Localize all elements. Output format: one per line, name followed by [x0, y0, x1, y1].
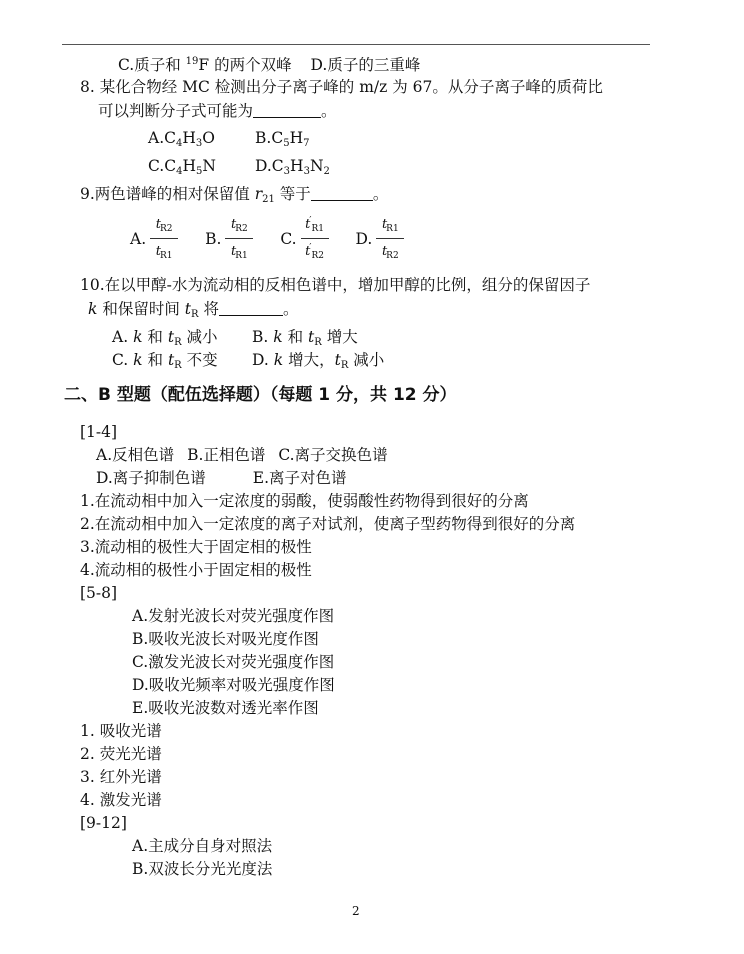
group2-item-4: 4. 激发光谱: [80, 790, 162, 810]
q8-d-sub: 2: [324, 166, 330, 177]
header-rule: [62, 44, 650, 45]
q8-stem-line2: 可以判断分子式可能为。: [98, 101, 337, 121]
group3-option-a: A.主成分自身对照法: [132, 836, 272, 856]
opt-k: k: [274, 351, 283, 369]
group2-option-e: E.吸收光波数对透光率作图: [132, 698, 319, 718]
q9-stem-text: 9.两色谱峰的相对保留值: [80, 185, 255, 203]
q9-stem: 9.两色谱峰的相对保留值 r21 等于。: [80, 184, 388, 210]
q10-text: 和保留时间: [97, 300, 184, 318]
opt-k: k: [133, 351, 142, 369]
opt-post: 增大: [322, 328, 358, 346]
q10-stem-line2: k 和保留时间 tR 将。: [88, 299, 298, 325]
q8-a-part: H: [182, 129, 196, 147]
q9-stem-post: 等于: [275, 185, 311, 203]
q8-c-part: C.C: [148, 157, 176, 175]
q9-options: A. tR2 tR1 B. tR2 tR1 C. t′R1 t′R2 D. tR…: [130, 212, 426, 265]
q9-option-label: C.: [280, 230, 296, 248]
q8-c-part: N: [202, 157, 216, 175]
frac-num-sub: R1: [386, 224, 399, 234]
q8-option-a: A.C4H3O: [148, 128, 215, 154]
group1-options-line1: A.反相色谱 B.正相色谱 C.离子交换色谱: [96, 445, 388, 465]
q7-option-d: D.质子的三重峰: [311, 56, 421, 74]
q8-stem-end: 。: [321, 102, 337, 120]
opt-pre: D.: [252, 351, 274, 369]
q8-stem-text: 可以判断分子式可能为: [98, 102, 253, 120]
opt-k: k: [273, 328, 282, 346]
group1-option-e: E.离子对色谱: [253, 469, 347, 487]
q10-stem-line1: 10.在以甲醇-水为流动相的反相色谱中，增加甲醇的比例，组分的保留因子: [80, 275, 590, 295]
frac-den-sub: R2: [386, 251, 399, 261]
opt-pre: A.: [112, 328, 133, 346]
frac-den-sub: R2: [311, 251, 324, 261]
opt-mid: 增大，: [283, 351, 334, 369]
q8-stem-line1: 8. 某化合物经 MC 检测出分子离子峰的 m/z 为 67。从分子离子峰的质荷…: [80, 77, 603, 97]
q8-d-part: D.C: [255, 157, 284, 175]
q7-option-c-sup: 19: [186, 56, 199, 67]
q10-k: k: [88, 300, 97, 318]
group2-item-1: 1. 吸收光谱: [80, 721, 162, 741]
frac-num-sub: R2: [160, 224, 173, 234]
group2-option-c: C.激发光波长对荧光强度作图: [132, 652, 334, 672]
page-number: 2: [352, 904, 360, 918]
opt-post: 不变: [182, 351, 218, 369]
group1-option-b: B.正相色谱: [187, 446, 265, 464]
group1-option-c: C.离子交换色谱: [278, 446, 387, 464]
group-range-5-8: [5-8]: [80, 583, 117, 603]
q9-option-b: B. tR2 tR1: [205, 212, 257, 265]
fraction: tR2 tR1: [150, 212, 178, 265]
fraction: t′R1 t′R2: [301, 212, 329, 265]
q8-option-d: D.C3H3N2: [255, 156, 330, 182]
q8-b-sub: 7: [303, 138, 309, 149]
q8-c-part: H: [182, 157, 196, 175]
q8-b-part: B.C: [255, 129, 283, 147]
q7-option-c-text: C.质子和: [118, 56, 186, 74]
group2-option-a: A.发射光波长对荧光强度作图: [132, 606, 334, 626]
q8-answer-blank[interactable]: [253, 103, 321, 118]
q8-option-c: C.C4H5N: [148, 156, 216, 182]
group1-item-3: 3.流动相的极性大于固定相的极性: [80, 537, 312, 557]
frac-den-sub: R1: [160, 251, 173, 261]
q8-a-part: A.C: [148, 129, 176, 147]
opt-post: 减小: [182, 328, 218, 346]
q8-a-part: O: [202, 129, 215, 147]
fraction: tR2 tR1: [225, 212, 253, 265]
q9-answer-blank[interactable]: [311, 186, 373, 201]
group1-option-d: D.离子抑制色谱: [96, 469, 206, 487]
group-range-9-12: [9-12]: [80, 813, 127, 833]
q9-option-a: A. tR2 tR1: [130, 212, 182, 265]
opt-post: 减小: [348, 351, 384, 369]
q8-option-b: B.C5H7: [255, 128, 309, 154]
q7-option-c-text-post: F 的两个双峰: [198, 56, 291, 74]
frac-num-sub: R1: [311, 224, 324, 234]
q9-option-label: D.: [356, 230, 373, 248]
frac-num-sub: R2: [235, 224, 248, 234]
q9-option-d: D. tR1 tR2: [356, 212, 409, 265]
q9-option-label: A.: [130, 230, 146, 248]
opt-pre: B.: [252, 328, 273, 346]
q10-end: 。: [283, 300, 299, 318]
group2-item-2: 2. 荧光光谱: [80, 744, 162, 764]
q8-d-part: H: [290, 157, 304, 175]
group2-item-3: 3. 红外光谱: [80, 767, 162, 787]
q9-option-c: C. t′R1 t′R2: [280, 212, 332, 265]
group1-item-1: 1.在流动相中加入一定浓度的弱酸，使弱酸性药物得到很好的分离: [80, 491, 529, 511]
q8-d-part: N: [310, 157, 324, 175]
q9-option-label: B.: [205, 230, 221, 248]
q10-option-c: C. k 和 tR 不变: [112, 350, 218, 376]
section-title: 二、B 型题（配伍选择题）（每题 1 分，共 12 分）: [64, 385, 457, 405]
opt-mid: 和: [143, 351, 168, 369]
q8-b-part: H: [290, 129, 304, 147]
opt-pre: C.: [112, 351, 133, 369]
group1-options-line2: D.离子抑制色谱 E.离子对色谱: [96, 468, 347, 488]
opt-t-sub: R: [174, 337, 182, 348]
q7-options-cd: C.质子和 19F 的两个双峰 D.质子的三重峰: [118, 52, 420, 75]
opt-mid: 和: [142, 328, 167, 346]
q10-t-sub: R: [191, 309, 199, 320]
group2-option-d: D.吸收光频率对吸光强度作图: [132, 675, 335, 695]
group1-item-2: 2.在流动相中加入一定浓度的离子对试剂，使离子型药物得到很好的分离: [80, 514, 575, 534]
frac-den-sub: R1: [235, 251, 248, 261]
q10-text: 将: [199, 300, 219, 318]
opt-mid: 和: [283, 328, 308, 346]
opt-t-sub: R: [314, 337, 322, 348]
q10-option-d: D. k 增大，tR 减小: [252, 350, 384, 376]
group1-item-4: 4.流动相的极性小于固定相的极性: [80, 560, 312, 580]
group-range-1-4: [1-4]: [80, 422, 117, 442]
fraction: tR1 tR2: [376, 212, 404, 265]
group3-option-b: B.双波长分光光度法: [132, 859, 272, 879]
group2-option-b: B.吸收光波长对吸光度作图: [132, 629, 319, 649]
q10-answer-blank[interactable]: [219, 301, 283, 316]
group1-option-a: A.反相色谱: [96, 446, 174, 464]
q9-var-sub: 21: [262, 194, 275, 205]
opt-t-sub: R: [174, 360, 182, 371]
q9-stem-end: 。: [373, 185, 389, 203]
